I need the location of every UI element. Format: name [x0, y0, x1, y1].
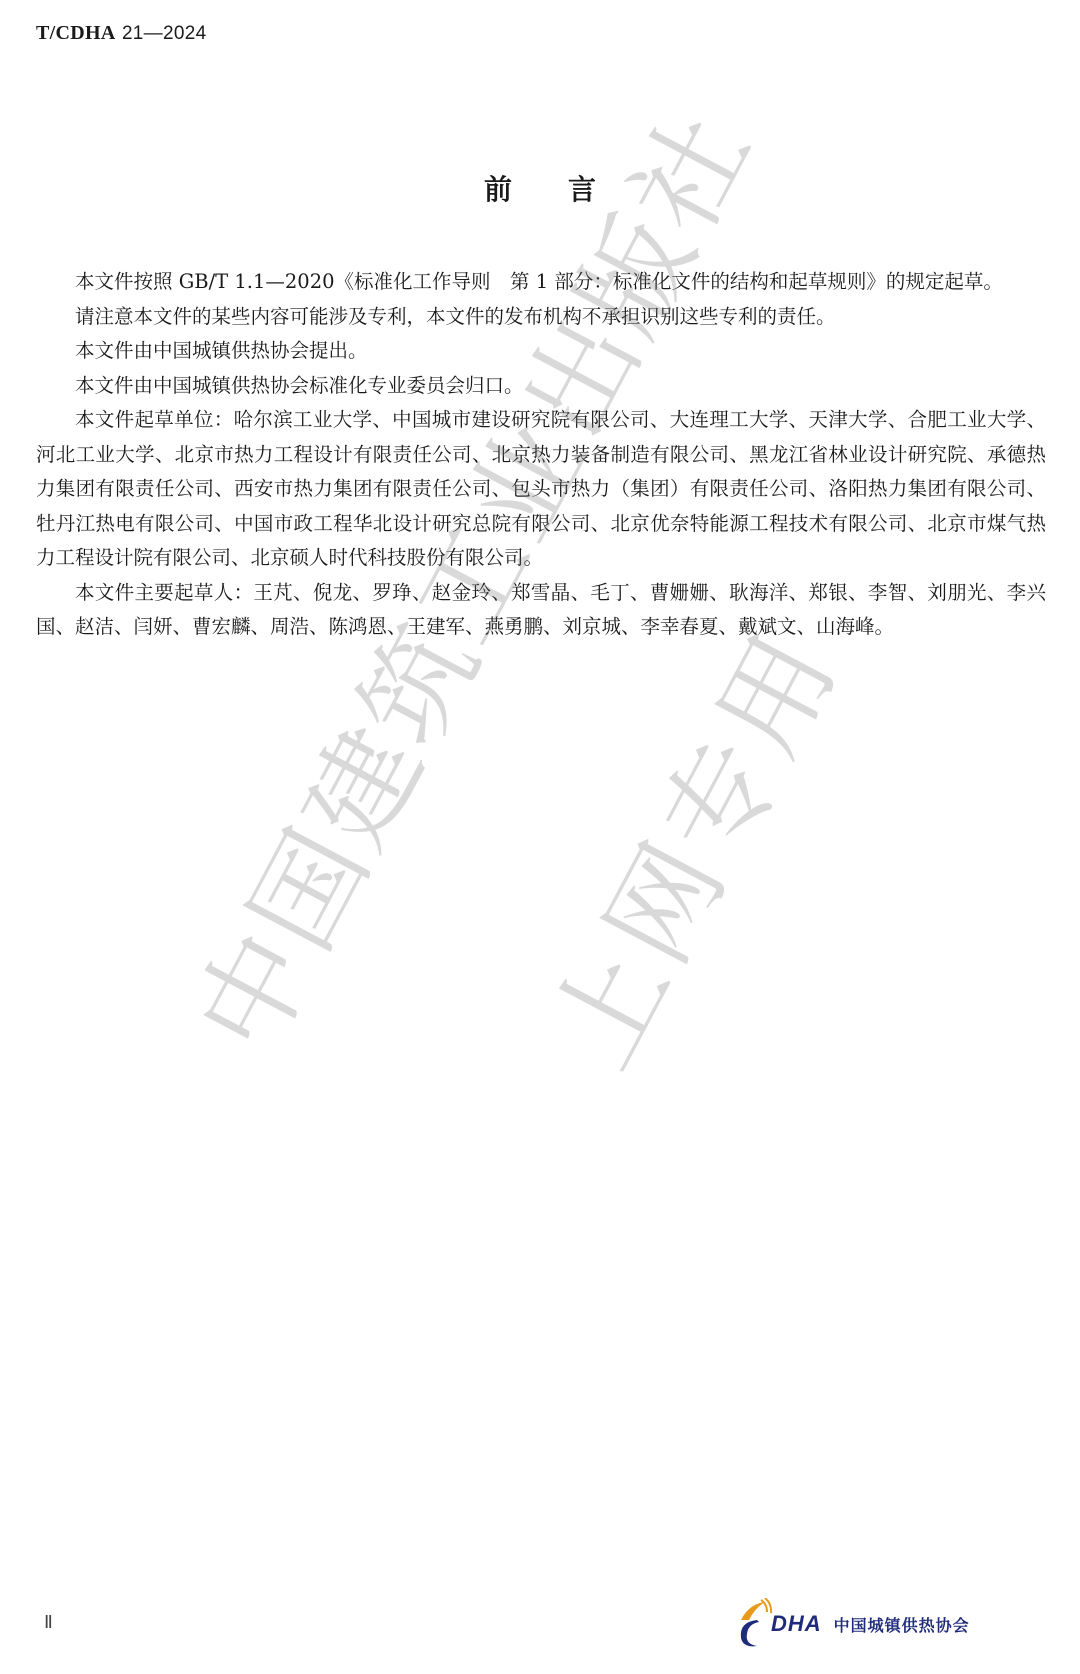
standard-number: 21—2024 — [122, 23, 207, 44]
paragraph-patent-notice: 请注意本文件的某些内容可能涉及专利，本文件的发布机构不承担识别这些专利的责任。 — [36, 300, 1046, 335]
cdha-logo-mark-icon — [735, 1598, 775, 1650]
paragraph-centralized-by: 本文件由中国城镇供热协会标准化专业委员会归口。 — [36, 369, 1046, 404]
cdha-logo: DHA 中国城镇供热协会 — [735, 1598, 970, 1650]
logo-org-name: 中国城镇供热协会 — [834, 1613, 970, 1636]
paragraph-drafting-rules: 本文件按照 GB/T 1.1—2020《标准化工作导则 第 1 部分：标准化文件… — [36, 265, 1046, 300]
logo-letters: DHA — [771, 1611, 822, 1637]
watermark-online-use: 上网专用 — [505, 598, 869, 1090]
standard-prefix: T/CDHA — [36, 22, 116, 44]
paragraph-proposer: 本文件由中国城镇供热协会提出。 — [36, 334, 1046, 369]
page-title: 前言 — [0, 168, 1080, 208]
standard-code: T/CDHA 21—2024 — [36, 22, 206, 45]
paragraph-main-drafters: 本文件主要起草人：王芃、倪龙、罗琤、赵金玲、郑雪晶、毛丁、曹姗姗、耿海洋、郑银、… — [36, 576, 1046, 645]
paragraph-drafting-units: 本文件起草单位：哈尔滨工业大学、中国城市建设研究院有限公司、大连理工大学、天津大… — [36, 403, 1046, 576]
page-number: Ⅱ — [44, 1612, 53, 1633]
foreword-body: 本文件按照 GB/T 1.1—2020《标准化工作导则 第 1 部分：标准化文件… — [36, 265, 1046, 645]
